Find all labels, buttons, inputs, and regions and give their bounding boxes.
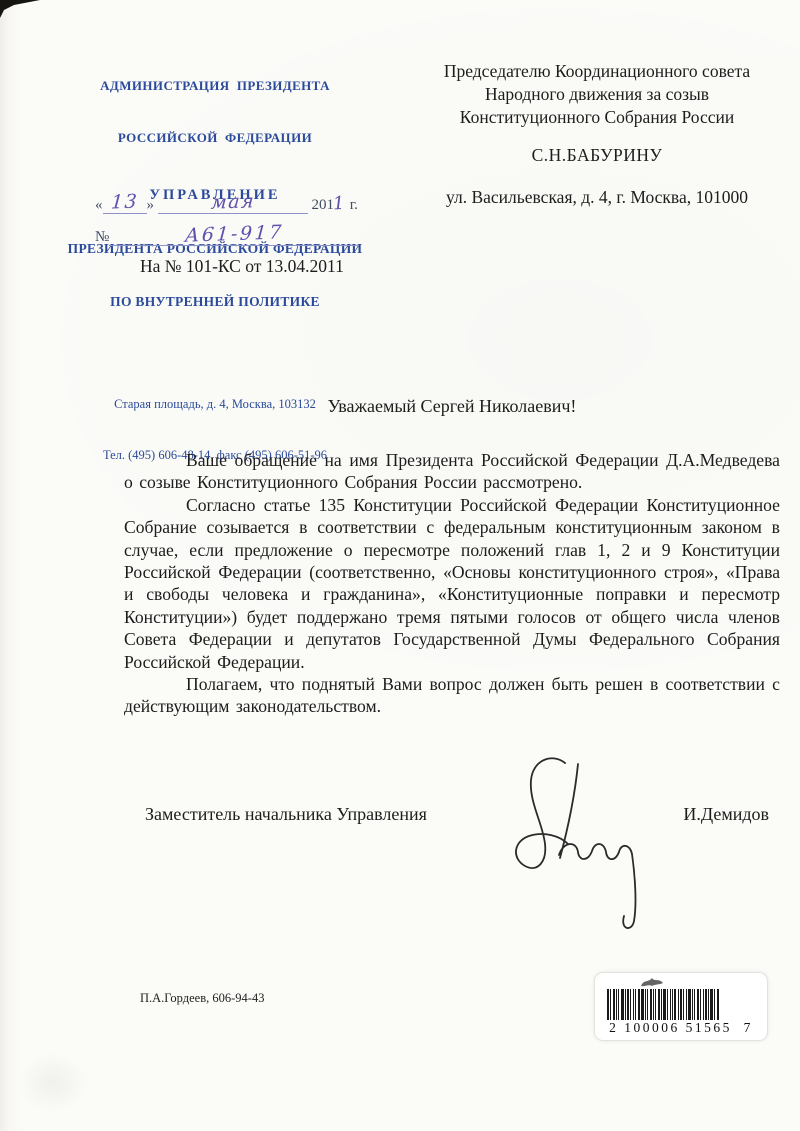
addressee-name: С.Н.БАБУРИНУ: [403, 144, 791, 167]
addressee-address: ул. Васильевская, д. 4, г. Москва, 10100…: [403, 186, 791, 209]
scan-smudge: [18, 1052, 88, 1114]
letter-body: Ваше обращение на имя Президента Российс…: [124, 449, 780, 718]
date-field: «13» мая 2011 г.: [95, 192, 358, 214]
scanned-letter-page: АДМИНИСТРАЦИЯ ПРЕЗИДЕНТА РОССИЙСКОЙ ФЕДЕ…: [0, 0, 800, 1131]
department-line3: ПО ВНУТРЕННЕЙ ПОЛИТИКЕ: [55, 293, 375, 310]
handwritten-year-digit: 1: [332, 194, 346, 215]
handwritten-signature: [498, 748, 648, 938]
salutation: Уважаемый Сергей Николаевич!: [124, 396, 780, 417]
addressee-block: Председателю Координационного совета Нар…: [403, 60, 791, 209]
scan-corner-artifact: [0, 0, 46, 20]
date-close-quote: »: [147, 197, 155, 213]
date-month-blank: мая: [158, 192, 308, 214]
signer-position-title: Заместитель начальника Управления: [145, 804, 427, 825]
barcode-number: 2 100006 51565 7: [595, 1020, 767, 1036]
barcode-emblem-icon: [639, 976, 667, 989]
executor-line: П.А.Гордеев, 606-94-43: [140, 991, 264, 1006]
barcode: [605, 989, 757, 1020]
barcode-sticker: 2 100006 51565 7: [594, 972, 768, 1041]
handwritten-number: А61-917: [184, 222, 284, 246]
body-paragraph-3: Полагаем, что поднятый Вами вопрос долже…: [124, 673, 780, 718]
reference-line: На № 101-КС от 13.04.2011: [140, 256, 344, 277]
addressee-line1: Председателю Координационного совета: [403, 60, 791, 83]
outgoing-number-field: №А61-917: [95, 224, 359, 246]
date-year-suffix: г.: [350, 197, 358, 213]
addressee-line3: Конституционного Собрания России: [403, 106, 791, 129]
handwritten-month: мая: [210, 191, 256, 213]
number-blank: А61-917: [109, 224, 359, 246]
date-year-printed: 201: [312, 197, 335, 213]
letterhead-spacer: [55, 346, 375, 361]
date-day-blank: 13: [103, 192, 147, 214]
handwritten-day: 13: [110, 191, 139, 212]
org-name-line1: АДМИНИСТРАЦИЯ ПРЕЗИДЕНТА: [55, 78, 375, 94]
number-label: №: [95, 229, 109, 245]
signer-name: И.Демидов: [683, 804, 769, 825]
addressee-line2: Народного движения за созыв: [403, 83, 791, 106]
date-open-quote: «: [95, 197, 103, 213]
body-paragraph-1: Ваше обращение на имя Президента Российс…: [124, 449, 780, 494]
body-paragraph-2: Согласно статье 135 Конституции Российск…: [124, 494, 780, 673]
org-name-line2: РОССИЙСКОЙ ФЕДЕРАЦИИ: [55, 130, 375, 146]
